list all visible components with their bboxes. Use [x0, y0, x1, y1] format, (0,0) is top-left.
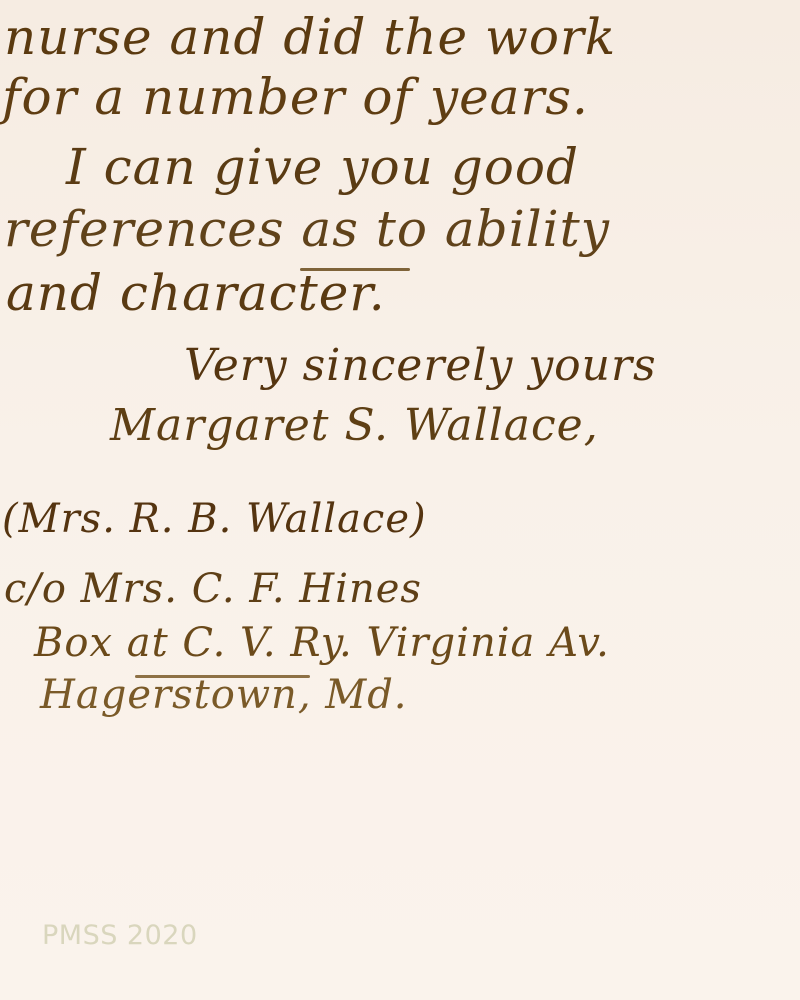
- watermark: PMSS 2020: [42, 920, 198, 951]
- pen-stroke: [300, 268, 410, 271]
- signature: Margaret S. Wallace,: [110, 400, 599, 451]
- letter-line-3: I can give you good: [66, 138, 579, 196]
- letter-line-4: references as to ability: [4, 200, 610, 258]
- address-city: Hagerstown, Md.: [40, 672, 408, 718]
- address-street: Box at C. V. Ry. Virginia Av.: [34, 620, 610, 666]
- address-care-of: c/o Mrs. C. F. Hines: [4, 566, 422, 612]
- closing: Very sincerely yours: [184, 340, 657, 391]
- address-name: (Mrs. R. B. Wallace): [2, 496, 427, 542]
- letter-line-2: for a number of years.: [2, 68, 589, 126]
- letter-line-1: nurse and did the work: [4, 8, 616, 66]
- letter-line-5: and character.: [6, 264, 386, 322]
- letter-page: nurse and did the work for a number of y…: [0, 0, 800, 1000]
